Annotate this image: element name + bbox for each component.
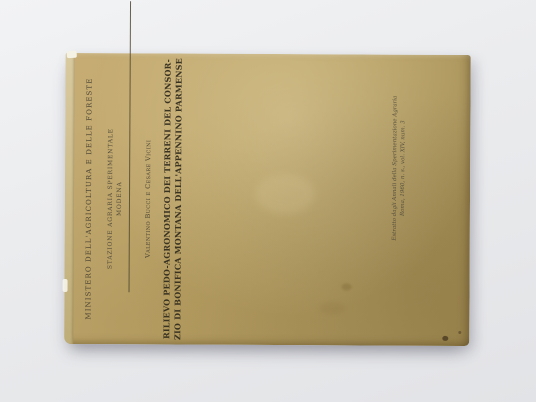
light-worn-patch xyxy=(255,174,315,214)
imprint-line-1: Estratto dagli Annali della Sperimentazi… xyxy=(392,96,399,241)
foxing-stain xyxy=(458,331,461,334)
title-line-1: RILIEVO PEDO-AGRONOMICO DEI TERRENI DEL … xyxy=(161,59,172,339)
foxing-stain xyxy=(342,283,352,290)
authors-line: Valentino Bucci e Cesare Vicini xyxy=(143,53,153,344)
divider-rule xyxy=(129,1,132,292)
foxing-stain xyxy=(319,302,345,314)
foxing-stain xyxy=(442,336,448,341)
imprint-block: Estratto dagli Annali della Sperimentazi… xyxy=(390,23,408,314)
city-line: MODENA xyxy=(115,53,124,344)
imprint-line-2: Roma, 1960, n. s., vol. XIV, num. 3 xyxy=(400,120,407,216)
institution-line: STAZIONE AGRARIA SPERIMENTALE xyxy=(106,53,115,344)
title-line-2: ZIO DI BONIFICA MONTANA DELL'APPENNINO P… xyxy=(172,58,183,340)
ministry-line: MINISTERO DELL'AGRICOLTURA E DELLE FORES… xyxy=(84,53,94,344)
book-title: RILIEVO PEDO-AGRONOMICO DEI TERRENI DEL … xyxy=(161,53,185,344)
book-cover: MINISTERO DELL'AGRICOLTURA E DELLE FORES… xyxy=(64,53,471,346)
photo-background: MINISTERO DELL'AGRICOLTURA E DELLE FORES… xyxy=(0,0,536,402)
